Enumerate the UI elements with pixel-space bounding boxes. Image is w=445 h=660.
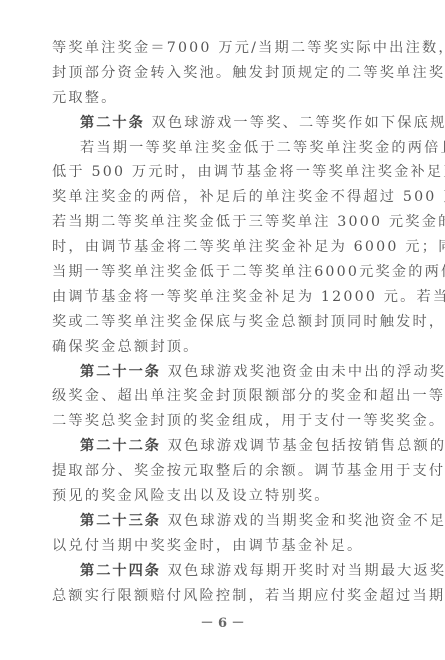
text-line: 等奖单注奖金＝7000 万元/当期二等奖实际中出注数，超出 <box>52 36 399 61</box>
article-line: 第二十四条 双色球游戏每期开奖时对当期最大返奖 <box>52 559 399 584</box>
line-text: 提取部分、奖金按元取整后的余额。调节基金用于支付不可 <box>52 463 445 479</box>
article-line: 第二十条 双色球游戏一等奖、二等奖作如下保底规定： <box>52 111 399 136</box>
text-line: 当期一等奖单注奖金低于二等奖单注6000元奖金的两倍时， <box>52 260 399 285</box>
line-text: 以兑付当期中奖奖金时，由调节基金补足。 <box>52 538 363 554</box>
text-line: 若当期二等奖单注奖金低于三等奖单注 3000 元奖金的两倍 <box>52 210 399 235</box>
text-line: 封顶部分资金转入奖池。触发封顶规定的二等奖单注奖金按 <box>52 61 399 86</box>
line-text: 双色球游戏调节基金包括按销售总额的 2% <box>161 438 445 454</box>
line-text: 奖单注奖金的两倍，补足后的单注奖金不得超过 500 万元。 <box>52 189 445 205</box>
line-text: 双色球游戏每期开奖时对当期最大返奖 <box>161 563 445 579</box>
article-heading: 第二十条 <box>80 115 145 131</box>
article-line: 第二十一条 双色球游戏奖池资金由未中出的浮动奖 <box>52 360 399 385</box>
text-line: 奖单注奖金的两倍，补足后的单注奖金不得超过 500 万元。 <box>52 185 399 210</box>
page-number: － 6 － <box>0 612 445 631</box>
text-line: 二等奖总奖金封顶的奖金组成，用于支付一等奖奖金。 <box>52 409 399 434</box>
article-line: 第二十二条 双色球游戏调节基金包括按销售总额的 2% <box>52 434 399 459</box>
article-heading: 第二十二条 <box>80 438 161 454</box>
line-text: 双色球游戏的当期奖金和奖池资金不足 <box>161 513 445 529</box>
text-line: 提取部分、奖金按元取整后的余额。调节基金用于支付不可 <box>52 459 399 484</box>
line-text: 若当期一等奖单注奖金低于二等奖单注奖金的两倍且 <box>80 140 445 156</box>
line-text: 级奖金、超出单注奖金封顶限额部分的奖金和超出一等奖、 <box>52 388 445 404</box>
line-text: 低于 500 万元时，由调节基金将一等奖单注奖金补足至二等 <box>52 164 445 180</box>
article-heading: 第二十四条 <box>80 563 161 579</box>
line-text: 预见的奖金风险支出以及设立特别奖。 <box>52 488 331 504</box>
line-text: 双色球游戏奖池资金由未中出的浮动奖 <box>161 364 445 380</box>
line-text: 封顶部分资金转入奖池。触发封顶规定的二等奖单注奖金按 <box>52 65 445 81</box>
line-text: 总额实行限额赔付风险控制，若当期应付奖金超过当期最大 <box>52 588 445 604</box>
text-line: 总额实行限额赔付风险控制，若当期应付奖金超过当期最大 <box>52 584 399 609</box>
text-line: 级奖金、超出单注奖金封顶限额部分的奖金和超出一等奖、 <box>52 384 399 409</box>
line-text: 当期一等奖单注奖金低于二等奖单注6000元奖金的两倍时， <box>52 264 445 280</box>
text-line: 时，由调节基金将二等奖单注奖金补足为 6000 元；同时若 <box>52 235 399 260</box>
text-line: 确保奖金总额封顶。 <box>52 335 399 360</box>
line-text: 由调节基金将一等奖单注奖金补足为 12000 元。若当期一等 <box>52 289 445 305</box>
line-text: 奖或二等奖单注奖金保底与奖金总额封顶同时触发时，优先 <box>52 314 445 330</box>
line-text: 双色球游戏一等奖、二等奖作如下保底规定： <box>145 115 445 131</box>
text-line: 预见的奖金风险支出以及设立特别奖。 <box>52 484 399 509</box>
line-text: 若当期二等奖单注奖金低于三等奖单注 3000 元奖金的两倍 <box>52 214 445 230</box>
document-page: 等奖单注奖金＝7000 万元/当期二等奖实际中出注数，超出封顶部分资金转入奖池。… <box>0 0 445 660</box>
text-line: 若当期一等奖单注奖金低于二等奖单注奖金的两倍且 <box>52 136 399 161</box>
text-line: 奖或二等奖单注奖金保底与奖金总额封顶同时触发时，优先 <box>52 310 399 335</box>
text-line: 元取整。 <box>52 86 399 111</box>
line-text: 等奖单注奖金＝7000 万元/当期二等奖实际中出注数，超出 <box>52 40 445 56</box>
text-line: 低于 500 万元时，由调节基金将一等奖单注奖金补足至二等 <box>52 160 399 185</box>
article-heading: 第二十一条 <box>80 364 161 380</box>
text-line: 由调节基金将一等奖单注奖金补足为 12000 元。若当期一等 <box>52 285 399 310</box>
article-heading: 第二十三条 <box>80 513 161 529</box>
line-text: 二等奖总奖金封顶的奖金组成，用于支付一等奖奖金。 <box>52 413 445 429</box>
article-line: 第二十三条 双色球游戏的当期奖金和奖池资金不足 <box>52 509 399 534</box>
document-body: 等奖单注奖金＝7000 万元/当期二等奖实际中出注数，超出封顶部分资金转入奖池。… <box>52 36 399 608</box>
line-text: 确保奖金总额封顶。 <box>52 339 200 355</box>
text-line: 以兑付当期中奖奖金时，由调节基金补足。 <box>52 534 399 559</box>
line-text: 元取整。 <box>52 90 118 106</box>
line-text: 时，由调节基金将二等奖单注奖金补足为 6000 元；同时若 <box>52 239 445 255</box>
